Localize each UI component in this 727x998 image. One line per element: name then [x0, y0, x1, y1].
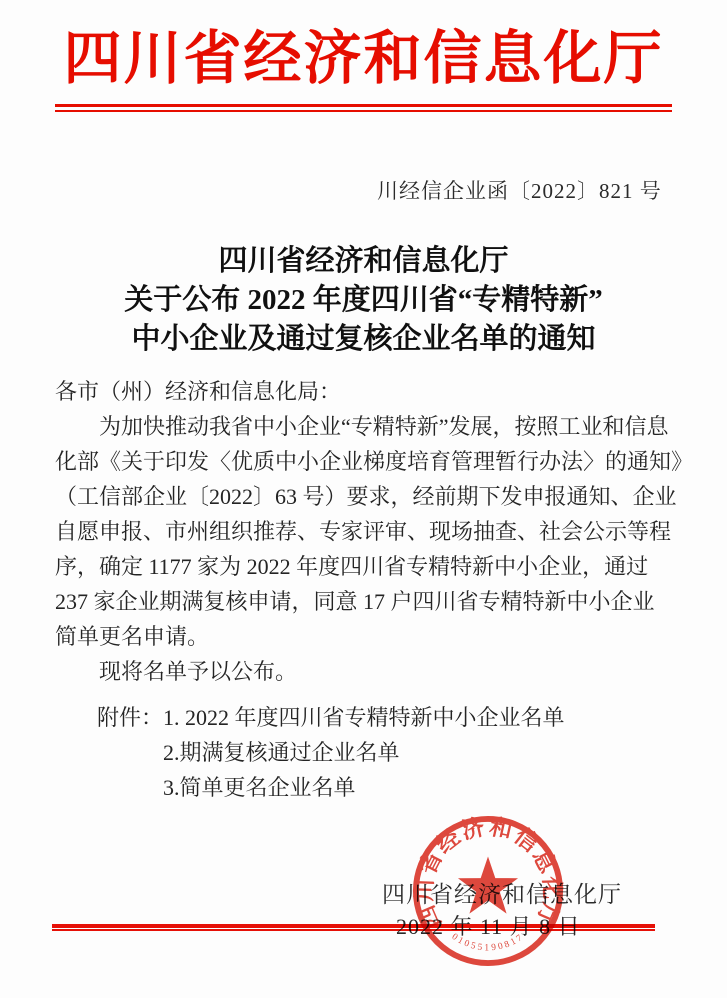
- attachment-item-1: 1. 2022 年度四川省专精特新中小企业名单: [163, 700, 565, 735]
- attachment-item-2: 2.期满复核通过企业名单: [163, 735, 565, 770]
- body-line: 237 家企业期满复核申请，同意 17 户四川省专精特新中小企业: [55, 584, 680, 619]
- notice-title-line-2: 关于公布 2022 年度四川省“专精特新”: [0, 281, 727, 320]
- body-line: 为加快推动我省中小企业“专精特新”发展，按照工业和信息: [55, 409, 680, 444]
- official-seal: 四川省经济和信息化厅 01055190817: [409, 812, 567, 970]
- letterhead-title: 四川省经济和信息化厅: [0, 20, 727, 98]
- star-icon: [458, 856, 518, 913]
- body-line: 简单更名申请。: [55, 619, 680, 654]
- seal-serial-number: 01055190817: [450, 932, 527, 953]
- notice-title: 四川省经济和信息化厅 关于公布 2022 年度四川省“专精特新” 中小企业及通过…: [0, 242, 727, 359]
- scanned-notice-document: 四川省经济和信息化厅 川经信企业函〔2022〕821 号 四川省经济和信息化厅 …: [0, 0, 727, 998]
- notice-body: 各市（州）经济和信息化局： 为加快推动我省中小企业“专精特新”发展，按照工业和信…: [55, 374, 680, 689]
- attachments-label: 附件：: [97, 700, 163, 805]
- body-line: 自愿申报、市州组织推荐、专家评审、现场抽查、社会公示等程: [55, 514, 680, 549]
- seal-serial-text-path: 01055190817: [450, 932, 527, 953]
- notice-title-line-1: 四川省经济和信息化厅: [0, 242, 727, 281]
- body-line: 序，确定 1177 家为 2022 年度四川省专精特新中小企业，通过: [55, 549, 680, 584]
- notice-title-line-3: 中小企业及通过复核企业名单的通知: [0, 320, 727, 359]
- body-line: 现将名单予以公布。: [55, 654, 680, 689]
- attachment-item-3: 3.简单更名企业名单: [163, 770, 565, 805]
- attachments-block: 附件： 1. 2022 年度四川省专精特新中小企业名单 2.期满复核通过企业名单…: [97, 700, 565, 805]
- document-reference-number: 川经信企业函〔2022〕821 号: [377, 175, 662, 205]
- body-line: 化部《关于印发〈优质中小企业梯度培育管理暂行办法〉的通知》: [55, 444, 680, 479]
- letterhead-double-rule: [55, 104, 672, 112]
- salutation-line: 各市（州）经济和信息化局：: [55, 374, 680, 409]
- body-line: （工信部企业〔2022〕63 号）要求，经前期下发申报通知、企业: [55, 479, 680, 514]
- attachments-list: 1. 2022 年度四川省专精特新中小企业名单 2.期满复核通过企业名单 3.简…: [163, 700, 565, 805]
